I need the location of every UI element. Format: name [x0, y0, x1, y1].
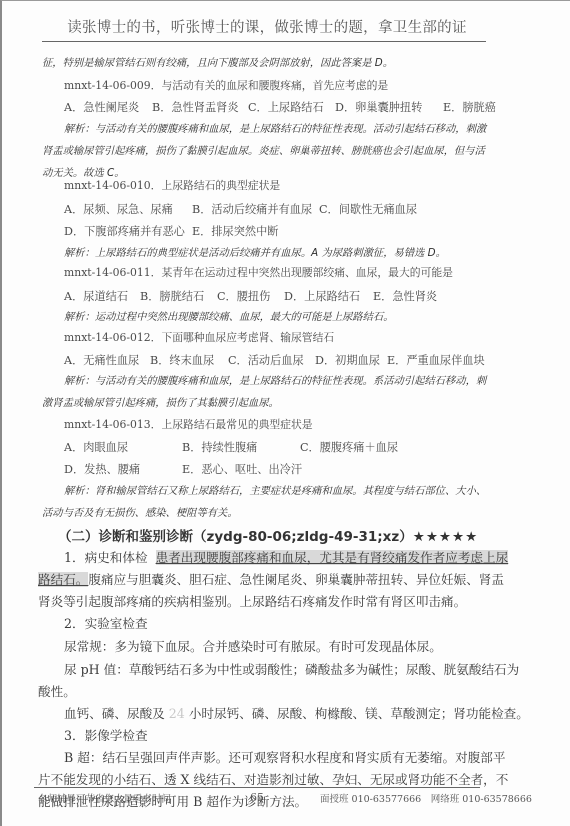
- option-e: E．严重血尿伴血块: [387, 352, 485, 368]
- option-c: C．间歇性无痛血尿: [319, 201, 417, 217]
- body-text: 尿常规：多为镜下血尿。合并感染时可有脓尿。有时可发现晶体尿。: [64, 637, 442, 656]
- subheading-imaging: 3．影像学检查: [64, 726, 148, 745]
- section-title: （二）诊断和鉴别诊断（zydg-80-06;zldg-49-31;xz）: [58, 529, 413, 545]
- option-a: A．尿道结石: [64, 288, 128, 304]
- analysis-text: 解析：与活动有关的腰腹疼痛和血尿，是上尿路结石的特征性表现。活动引起结石移动，刺…: [64, 121, 486, 137]
- option-c: C．腰扭伤: [217, 288, 270, 304]
- paragraph-line: 血钙、磷、尿酸及 24 小时尿钙、磷、尿酸、枸橼酸、镁、草酸测定；肾功能检查。: [64, 704, 529, 723]
- analysis-text: 肾盂或输尿管引起疼痛，损伤了黏膜引起血尿。炎症、卵巢蒂扭转、膀胱癌也会引起血尿，…: [42, 143, 485, 159]
- body-text: 小时尿钙、磷、尿酸、枸橼酸、镁、草酸测定；肾功能检查。: [189, 706, 529, 721]
- highlighted-text: 路结石。: [38, 572, 88, 587]
- option-a: A．急性阑尾炎: [64, 99, 139, 115]
- option-e: E．膀胱癌: [443, 99, 496, 115]
- question-stem: mnxt-14-06-009．与活动有关的血尿和腰腹疼痛，首先应考虑的是: [64, 78, 388, 94]
- subheading-history-exam: 1．病史和体检: [64, 550, 148, 565]
- footer-slogan: 名师辅导可节省您大量看书时间: [38, 791, 171, 805]
- analysis-text: 激肾盂或输尿管引起疼痛，损伤了其黏膜引起血尿。: [42, 395, 279, 411]
- section-heading: （二）诊断和鉴别诊断（zydg-80-06;zldg-49-31;xz）★★★★…: [58, 525, 478, 545]
- question-stem: mnxt-14-06-010．上尿路结石的典型症状是: [64, 178, 280, 194]
- option-c: C．上尿路结石: [248, 99, 324, 115]
- analysis-text: 解析：肾和输尿管结石又称上尿路结石，主要症状是疼痛和血尿。其程度与结石部位、大小…: [64, 483, 486, 499]
- option-d: D．发热、腰痛: [64, 461, 140, 477]
- analysis-text: 解析：运动过程中突然出现腰部绞痛、血尿，最大的可能是上尿路结石。: [64, 309, 394, 325]
- question-stem: mnxt-14-06-013．上尿路结石最常见的典型症状是: [64, 417, 313, 433]
- paragraph-history: 1．病史和体检 患者出现腰腹部疼痛和血尿，尤其是有肾绞痛发作者应考虑上尿: [64, 548, 508, 567]
- option-d: D．上尿路结石: [284, 288, 360, 304]
- body-text: 酸性。: [38, 682, 76, 701]
- footer-contact: 面授班 010-63577666 网络班 010-63578666: [320, 791, 532, 805]
- option-b: B．持续性腹痛: [182, 439, 257, 455]
- header-divider: [42, 41, 486, 42]
- analysis-text: 解析：上尿路结石的典型症状是活动后绞痛并有血尿。A 为尿路刺激征，易错选 D。: [64, 245, 446, 261]
- footer-divider: [34, 787, 480, 788]
- highlighted-text: 患者出现腰腹部疼痛和血尿，尤其是有肾绞痛发作者应考虑上尿: [156, 550, 509, 565]
- faded-text: 24: [169, 706, 185, 721]
- body-text: 尿 pH 值：草酸钙结石多为中性或弱酸性；磷酸盐多为碱性；尿酸、胱氨酸结石为: [64, 660, 519, 679]
- option-e: E．排尿突然中断: [192, 223, 278, 239]
- option-c: C．腰腹疼痛＋血尿: [300, 439, 398, 455]
- option-a: A．尿频、尿急、尿痛: [64, 201, 173, 217]
- option-e: E．恶心、呕吐、出冷汗: [182, 461, 302, 477]
- body-text: 腹痛应与胆囊炎、胆石症、急性阑尾炎、卵巢囊肿蒂扭转、异位妊娠、肾盂: [88, 572, 504, 587]
- subheading-lab-tests: 2．实验室检查: [64, 614, 148, 633]
- continuation-text: 征，特别是输尿管结石则有绞痛，且向下腹部及会阴部放射，因此答案是 D。: [42, 55, 393, 71]
- document-page: 读张博士的书，听张博士的课，做张博士的题，拿卫生部的证 征，特别是输尿管结石则有…: [0, 0, 570, 826]
- question-stem: mnxt-14-06-011．某青年在运动过程中突然出现腰部绞痛、血尿，最大的可…: [64, 265, 453, 281]
- option-d: D．下腹部疼痛并有恶心: [64, 223, 185, 239]
- body-text: 肾炎等引起腹部疼痛的疾病相鉴别。上尿路结石疼痛发作时常有肾区叩击痛。: [38, 592, 466, 611]
- option-d: D．初期血尿: [315, 352, 380, 368]
- option-e: E．急性肾炎: [373, 288, 437, 304]
- option-a: A．无痛性血尿: [64, 352, 139, 368]
- option-d: D．卵巢囊肿扭转: [335, 99, 422, 115]
- question-stem: mnxt-14-06-012．下面哪种血尿应考虑肾、输尿管结石: [64, 330, 334, 346]
- option-b: B．膀胱结石: [140, 288, 204, 304]
- option-b: B．活动后绞痛并有血尿: [192, 201, 312, 217]
- importance-stars: ★★★★★: [413, 529, 479, 545]
- option-c: C．活动后血尿: [228, 352, 304, 368]
- body-text: 血钙、磷、尿酸及: [64, 706, 165, 721]
- paragraph-line: 路结石。腹痛应与胆囊炎、胆石症、急性阑尾炎、卵巢囊肿蒂扭转、异位妊娠、肾盂: [38, 570, 504, 589]
- option-a: A．肉眼血尿: [64, 439, 128, 455]
- analysis-text: 解析：与活动有关的腰腹疼痛和血尿，是上尿路结石的特征性表现。系活动引起结石移动，…: [64, 373, 486, 389]
- analysis-text: 活动与否及有无损伤、感染、梗阻等有关。: [42, 505, 238, 521]
- option-b: B．急性肾盂肾炎: [152, 99, 239, 115]
- option-b: B．终末血尿: [150, 352, 214, 368]
- body-text: B 超：结石呈强回声伴声影。还可观察肾积水程度和肾实质有无萎缩。对腹部平: [64, 748, 505, 767]
- page-number: 65: [250, 791, 264, 804]
- page-header-title: 读张博士的书，听张博士的课，做张博士的题，拿卫生部的证: [42, 16, 492, 37]
